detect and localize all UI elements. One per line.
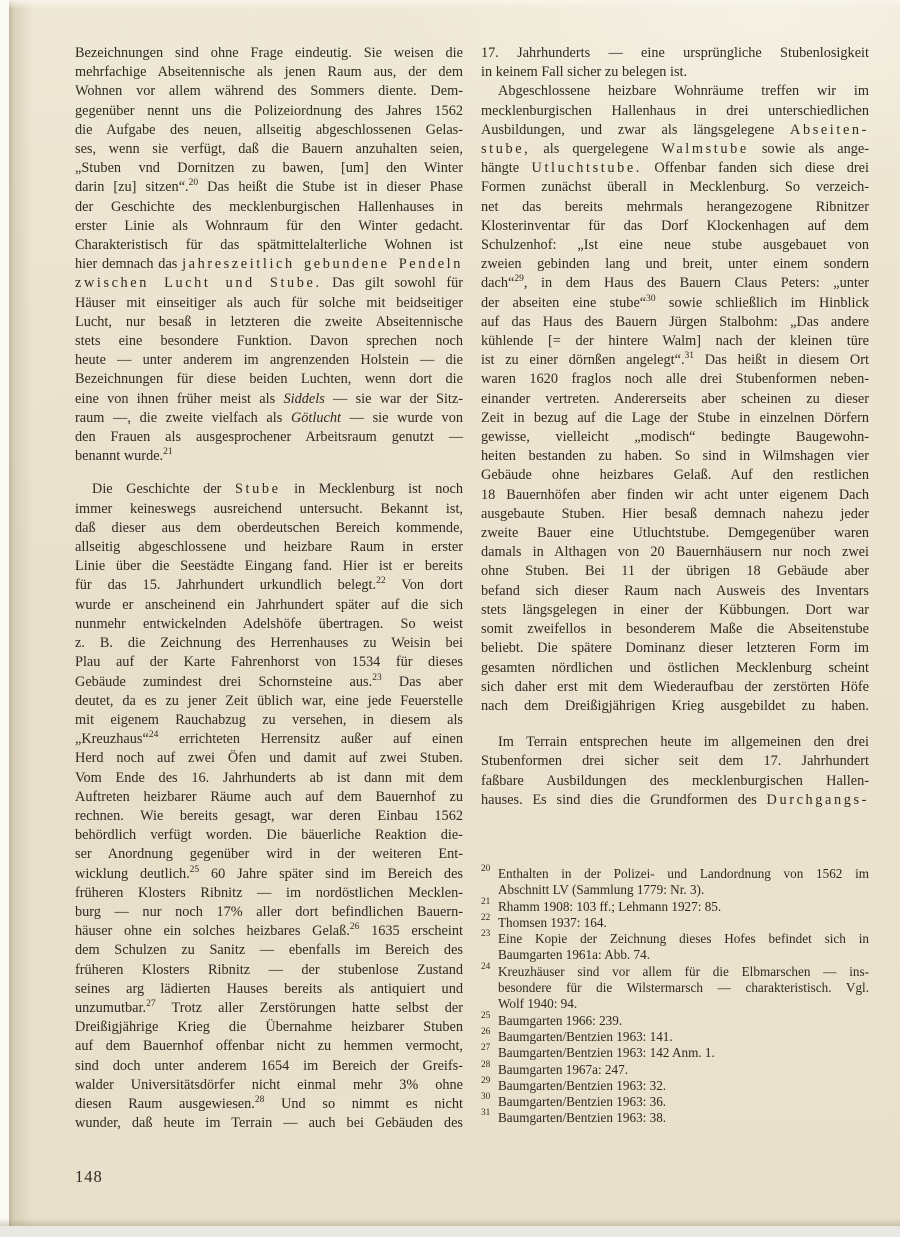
text-line: seines arg lädierten Hauses bereits als … xyxy=(75,980,463,999)
text-line: Baumgarten 1966: 239. xyxy=(498,1013,869,1029)
text-line: Linie über die Seestädte Eingang fand. H… xyxy=(75,557,463,576)
text-line: unzumutbar.27 Trotz aller Zerstörungen h… xyxy=(75,999,463,1018)
text-line: auf das Haus des Bauern Jürgen Stalbohm:… xyxy=(481,313,869,332)
text-line: heute — unter anderem im angrenzenden Ho… xyxy=(75,351,463,370)
text-line: somit zweifellos in besonderem Maße die … xyxy=(481,620,869,639)
footnote: 30Baumgarten/Bentzien 1963: 36. xyxy=(481,1094,869,1110)
text-line: sich daher erst mit dem Wiederaufbau der… xyxy=(481,678,869,697)
text-line: die Aufgabe des neuen, allseitig abgesch… xyxy=(75,121,463,140)
text-line: stets eine besondere Funktion. Davon spr… xyxy=(75,332,463,351)
footnote: 26Baumgarten/Bentzien 1963: 141. xyxy=(481,1029,869,1045)
paragraph: 17. Jahrhunderts — eine ursprüngliche St… xyxy=(481,44,869,82)
text-line: Rhamm 1908: 103 ff.; Lehmann 1927: 85. xyxy=(498,899,869,915)
text-line: Gebäude zumindest drei Schornsteine aus.… xyxy=(75,673,463,692)
text-line: ohne Stuben. Bei 11 der übrigen 18 Gebäu… xyxy=(481,562,869,581)
footnote: 29Baumgarten/Bentzien 1963: 32. xyxy=(481,1078,869,1094)
text-line: den Frauen als ausgesprochener Arbeitsra… xyxy=(75,428,463,447)
text-line: 17. Jahrhunderts — eine ursprüngliche St… xyxy=(481,44,869,63)
text-line: kühlende [= der hintere Walm] nach der k… xyxy=(481,332,869,351)
text-line: „Stuben vnd Dornitzen zu bawen, [um] den… xyxy=(75,159,463,178)
text-line: Klosterinventar für das Dorf Klockenhage… xyxy=(481,217,869,236)
text-line: ser Anordnung gegenüber wird in der weit… xyxy=(75,845,463,864)
text-line: Die Geschichte der Stube in Mecklenburg … xyxy=(75,480,463,499)
footnote: 25Baumgarten 1966: 239. xyxy=(481,1013,869,1029)
text-line: z. B. die Zeichnung des Herrenhauses zu … xyxy=(75,634,463,653)
text-line: früheren Klosters Ribnitz — im nordöstli… xyxy=(75,884,463,903)
paragraph: Abgeschlossene heizbare Wohnräume treffe… xyxy=(481,82,869,716)
text-line: früheren Klosters Ribnitz — der stubenlo… xyxy=(75,961,463,980)
text-line: nunmehr entwickelnden Adelshöfe übertrag… xyxy=(75,615,463,634)
text-line: befand sich dieser Raum nach Ausweis des… xyxy=(481,582,869,601)
page-bottom-edge-shadow xyxy=(0,1218,900,1226)
paragraph: Im Terrain entsprechen heute im allgemei… xyxy=(481,733,869,810)
text-line: zweien gebinden lang und breit, unter ei… xyxy=(481,255,869,274)
text-line: Baumgarten/Bentzien 1963: 36. xyxy=(498,1094,869,1110)
text-line: Plau auf der Karte Fahrenhorst von 1534 … xyxy=(75,653,463,672)
text-line: dach“29, in dem Haus des Bauern Claus Pe… xyxy=(481,274,869,293)
text-line: benannt wurde.21 xyxy=(75,447,463,466)
paragraph: Die Geschichte der Stube in Mecklenburg … xyxy=(75,480,463,1133)
text-line: Zeit in bezug auf die Lage der Stube in … xyxy=(481,409,869,428)
footnotes-block: 20Enthalten in der Polizei- und Landordn… xyxy=(481,866,869,1127)
text-line: faßbare Ausbildungen des mecklenburgisch… xyxy=(481,772,869,791)
text-line: ausgebaute Stuben. Hier besaß demnach na… xyxy=(481,505,869,524)
text-line: net das bereits mehrmals herangezogene R… xyxy=(481,198,869,217)
text-line: Enthalten in der Polizei- und Landordnun… xyxy=(498,866,869,882)
text-line: Baumgarten/Bentzien 1963: 32. xyxy=(498,1078,869,1094)
text-line: hängte Utluchtstube. Offenbar fanden sic… xyxy=(481,159,869,178)
text-line: Baumgarten/Bentzien 1963: 142 Anm. 1. xyxy=(498,1045,869,1061)
text-line: sind doch unter anderem 1654 im Bereich … xyxy=(75,1057,463,1076)
text-line: Häuser mit einseitiger als auch für solc… xyxy=(75,294,463,313)
text-line: Baumgarten/Bentzien 1963: 38. xyxy=(498,1110,869,1126)
text-line: Formen zunächst überall in Mecklenburg. … xyxy=(481,178,869,197)
text-line: raum —, die zweite vielfach als Götlucht… xyxy=(75,409,463,428)
text-line: besondere für die Wilstermarsch — charak… xyxy=(498,980,869,996)
footnote: 23Eine Kopie der Zeichnung dieses Hofes … xyxy=(481,931,869,964)
text-line: hier demnach das jahreszeitlich gebunden… xyxy=(75,255,463,274)
text-line: Baumgarten/Bentzien 1963: 141. xyxy=(498,1029,869,1045)
text-line: waren 1620 fraglos noch alle drei Stuben… xyxy=(481,370,869,389)
text-line: Vom Ende des 16. Jahrhunderts ab ist dan… xyxy=(75,769,463,788)
text-line: Abschnitt LV (Sammlung 1779: Nr. 3). xyxy=(498,882,869,898)
page-left-edge-shadow xyxy=(9,0,33,1237)
text-line: heiten bestanden zu haben. So sind in Wi… xyxy=(481,447,869,466)
text-line: erster Linie als Wohnraum für den Winter… xyxy=(75,217,463,236)
text-line: deutet, da es zu jener Zeit üblich war, … xyxy=(75,692,463,711)
text-line: eine von ihnen früher meist als Siddels … xyxy=(75,390,463,409)
text-line: gesamten nördlichen und östlichen Meckle… xyxy=(481,659,869,678)
footnote: 21Rhamm 1908: 103 ff.; Lehmann 1927: 85. xyxy=(481,899,869,915)
text-line: Auftreten heizbarer Räume auch auf dem B… xyxy=(75,788,463,807)
text-line: Gebäude ohne heizbares Gelaß. Auf den re… xyxy=(481,466,869,485)
text-column-left: Bezeichnungen sind ohne Frage eindeutig.… xyxy=(75,44,463,1133)
text-line: daß dieser aus dem oberdeutschen Bereich… xyxy=(75,519,463,538)
text-column-right: 17. Jahrhunderts — eine ursprüngliche St… xyxy=(481,44,869,810)
text-line: hauses. Es sind dies die Grundformen des… xyxy=(481,791,869,810)
text-line: 18 Bauernhöfen aber finden wir acht unte… xyxy=(481,486,869,505)
text-line: immer keineswegs ausreichend untersucht.… xyxy=(75,500,463,519)
text-line: stets längsgelegen in einer der Kübbunge… xyxy=(481,601,869,620)
text-line: mecklenburgischen Hallenhaus in drei unt… xyxy=(481,102,869,121)
text-line: rechnen. Wie bereits gesagt, war deren E… xyxy=(75,807,463,826)
text-line: zwischen Lucht und Stube. Das gilt sowoh… xyxy=(75,274,463,293)
text-line: Bezeichnungen sind ohne Frage eindeutig.… xyxy=(75,44,463,63)
paragraph: Bezeichnungen sind ohne Frage eindeutig.… xyxy=(75,44,463,466)
text-line: allseitig abgeschlossene und heizbare Ra… xyxy=(75,538,463,557)
text-line: Baumgarten 1961a: Abb. 74. xyxy=(498,947,869,963)
text-line: darin [zu] sitzen“.20 Das heißt die Stub… xyxy=(75,178,463,197)
footnote: 27Baumgarten/Bentzien 1963: 142 Anm. 1. xyxy=(481,1045,869,1061)
text-line: häuser ohne ein solches heizbares Gelaß.… xyxy=(75,922,463,941)
text-line: in keinem Fall sicher zu belegen ist. xyxy=(481,63,869,82)
text-line: ist zu einer dörnßen angelegt“.31 Das he… xyxy=(481,351,869,370)
text-line: Wolf 1940: 94. xyxy=(498,996,869,1012)
text-line: Bezeichnungen für diese beiden Luchten, … xyxy=(75,370,463,389)
scanned-book-page: Bezeichnungen sind ohne Frage eindeutig.… xyxy=(0,0,900,1237)
text-line: wunder, daß heute im Terrain — auch bei … xyxy=(75,1114,463,1133)
text-line: der abseiten eine stube“30 sowie schließ… xyxy=(481,294,869,313)
footnote: 31Baumgarten/Bentzien 1963: 38. xyxy=(481,1110,869,1126)
text-line: zweite Bauer eine Utluchtstube. Demgegen… xyxy=(481,524,869,543)
text-line: gegenüber nennt uns die Polizeiordnung d… xyxy=(75,102,463,121)
text-line: Dreißigjährige Krieg die Übernahme heizb… xyxy=(75,1018,463,1037)
text-line: Charakteristisch für das spätmittelalter… xyxy=(75,236,463,255)
text-line: Baumgarten 1967a: 247. xyxy=(498,1062,869,1078)
text-line: Stubenformen drei sicher seit dem 17. Ja… xyxy=(481,752,869,771)
footnote: 20Enthalten in der Polizei- und Landordn… xyxy=(481,866,869,899)
footnote: 28Baumgarten 1967a: 247. xyxy=(481,1062,869,1078)
text-line: Schulzenhof: „Ist eine neue stube ausgeb… xyxy=(481,236,869,255)
page-top-edge xyxy=(9,0,900,9)
footnote: 24Kreuzhäuser sind vor allem für die Elb… xyxy=(481,964,869,1013)
text-line: nach dem Dreißigjährigen Krieg ausgebild… xyxy=(481,697,869,716)
text-line: behördlich verfügt worden. Die bäuerlich… xyxy=(75,826,463,845)
text-line: der Geschichte des mecklenburgischen Hal… xyxy=(75,198,463,217)
text-line: mit eigenem Rauchabzug zu versehen, in d… xyxy=(75,711,463,730)
text-line: „Kreuzhaus“24 errichteten Herrensitz auß… xyxy=(75,730,463,749)
page-bottom-edge xyxy=(0,1226,900,1237)
text-line: ses, wenn sie verfügt, daß die Bauern an… xyxy=(75,140,463,159)
text-line: Lucht, nur besaß in letzteren die zweite… xyxy=(75,313,463,332)
text-line: Ausbildungen, und zwar als längsgelegene… xyxy=(481,121,869,140)
page-left-margin-edge xyxy=(0,0,9,1237)
text-line: mehrfachige Abseitennische als jenen Rau… xyxy=(75,63,463,82)
text-line: wicklung deutlich.25 60 Jahre später sin… xyxy=(75,865,463,884)
text-line: diesen Raum ausgewiesen.28 Und so nimmt … xyxy=(75,1095,463,1114)
text-line: Abgeschlossene heizbare Wohnräume treffe… xyxy=(481,82,869,101)
text-line: wurde er anscheinend ein Jahrhundert spä… xyxy=(75,596,463,615)
page-number: 148 xyxy=(75,1167,103,1187)
text-line: auf dem Bauernhof offenbar nicht zu hemm… xyxy=(75,1037,463,1056)
text-line: Eine Kopie der Zeichnung dieses Hofes be… xyxy=(498,931,869,947)
text-line: Wohnen vor allem während des Sommers die… xyxy=(75,82,463,101)
footnote: 22Thomsen 1937: 164. xyxy=(481,915,869,931)
text-line: einander vertreten. Andererseits aber sc… xyxy=(481,390,869,409)
text-line: Im Terrain entsprechen heute im allgemei… xyxy=(481,733,869,752)
text-line: Thomsen 1937: 164. xyxy=(498,915,869,931)
text-line: für das 15. Jahrhundert urkundlich beleg… xyxy=(75,576,463,595)
text-line: beliebt. Die spätere Dominanz dieser let… xyxy=(481,639,869,658)
text-line: damals in Althagen von 20 Bauernhäusern … xyxy=(481,543,869,562)
text-line: dem Schulzen zu Sanitz — ebenfalls im Be… xyxy=(75,941,463,960)
text-line: Herd noch auf zwei Öfen und damit auf zw… xyxy=(75,749,463,768)
text-line: Kreuzhäuser sind vor allem für die Elbma… xyxy=(498,964,869,980)
text-line: stube, als quergelegene Walmstube sowie … xyxy=(481,140,869,159)
text-line: walder Universitätsdörfer nicht einmal m… xyxy=(75,1076,463,1095)
text-line: gewisse, vielleicht „modisch“ bedingte B… xyxy=(481,428,869,447)
text-line: burg — nur noch 17% aller dort befindlic… xyxy=(75,903,463,922)
